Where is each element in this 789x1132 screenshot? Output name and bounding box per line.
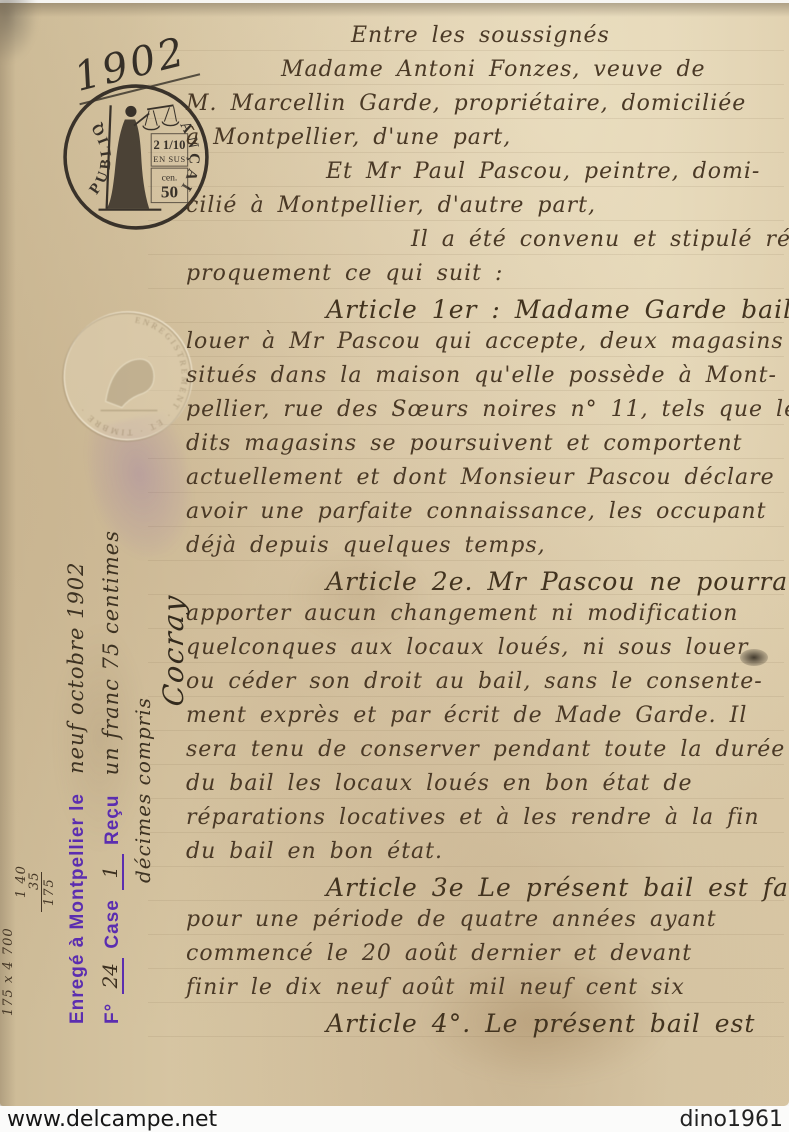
folio-label: F° — [102, 1003, 123, 1024]
tax-calc-line: 175 x 4 700 — [2, 408, 15, 1016]
handwritten-line: du bail en bon état. — [186, 839, 786, 873]
registration-margin: 175 x 4 7001 4035175 Enregé à Montpellie… — [2, 408, 172, 1088]
paper-sheet: 1902 RÉPUBLIQUE FRANÇAISE — [0, 3, 789, 1106]
handwritten-line: finir le dix neuf août mil neuf cent six — [186, 975, 786, 1009]
handwritten-line: à Montpellier, d'une part, — [186, 125, 786, 159]
handwritten-line: actuellement et dont Monsieur Pascou déc… — [186, 465, 786, 499]
registration-date-hand: neuf octobre 1902 — [64, 561, 88, 773]
watermark-seller: dino1961 — [680, 1107, 783, 1132]
handwritten-line: ment exprès et par écrit de Made Garde. … — [186, 703, 786, 737]
registrar-signature-row: Cocray — [157, 408, 190, 1088]
tax-calc-line: 35 — [28, 408, 41, 890]
handwritten-line: Et Mr Paul Pascou, peintre, domi- — [186, 159, 786, 193]
decimes-line: décimes compris — [131, 408, 155, 1088]
stamp-value-ensus: EN SUS — [153, 154, 185, 164]
tax-calc-line: 175 — [41, 872, 56, 912]
article-heading-line: Article 1er : Madame Garde baille à — [186, 295, 786, 329]
recu-label: Reçu — [102, 795, 123, 845]
amount-hand: un franc 75 centimes — [99, 530, 123, 775]
margin-calc: 175 x 4 7001 4035175 — [2, 408, 57, 1088]
article-heading-line: Article 3e Le présent bail est fait — [186, 873, 786, 907]
handwritten-line: dits magasins se poursuivent et comporte… — [186, 431, 786, 465]
handwritten-line: avoir une parfaite connaissance, les occ… — [186, 499, 786, 533]
registration-stamp-text: Enregé à Montpellier le — [67, 793, 88, 1024]
handwritten-line: quelconques aux locaux loués, ni sous lo… — [186, 635, 786, 669]
handwritten-line: réparations locatives et à les rendre à … — [186, 805, 786, 839]
handwritten-line: commencé le 20 août dernier et devant — [186, 941, 786, 975]
watermark-site: www.delcampe.net — [7, 1107, 217, 1132]
handwritten-line: cilié à Montpellier, d'autre part, — [186, 193, 786, 227]
article-heading-line: Article 4°. Le présent bail est — [186, 1009, 786, 1043]
handwritten-line: ou céder son droit au bail, sans le cons… — [186, 669, 786, 703]
document-lines: Entre les soussignésMadame Antoni Fonzes… — [186, 23, 786, 1043]
stamp-value-amount: 2 1/10 — [153, 138, 185, 152]
handwritten-line: du bail les locaux loués en bon état de — [186, 771, 786, 805]
handwritten-line: Madame Antoni Fonzes, veuve de — [186, 57, 786, 91]
scanned-document: 1902 RÉPUBLIQUE FRANÇAISE — [0, 0, 789, 1132]
stamp-value-50: 50 — [161, 183, 178, 202]
article-heading-line: Article 2e. Mr Pascou ne pourra — [186, 567, 786, 601]
handwritten-line: apporter aucun changement ni modificatio… — [186, 601, 786, 635]
stamp-value-block: 2 1/10 EN SUS cen. 50 — [151, 134, 187, 203]
registration-line1: Enregé à Montpellier le neuf octobre 190… — [64, 408, 92, 1088]
handwritten-line: déjà depuis quelques temps, — [186, 533, 786, 567]
handwritten-line: louer à Mr Pascou qui accepte, deux maga… — [186, 329, 786, 363]
handwritten-line: situés dans la maison qu'elle possède à … — [186, 363, 786, 397]
tax-calc-line: 1 40 — [15, 408, 28, 898]
handwritten-line: Entre les soussignés — [186, 23, 786, 57]
handwritten-line: pour une période de quatre années ayant — [186, 907, 786, 941]
watermark-strip: www.delcampe.net dino1961 — [0, 1106, 789, 1132]
handwritten-line: pellier, rue des Sœurs noires n° 11, tel… — [186, 397, 786, 431]
folio-value: 24 — [98, 958, 124, 994]
handwritten-line: M. Marcellin Garde, propriétaire, domici… — [186, 91, 786, 125]
case-value: 1 — [98, 854, 124, 890]
handwritten-line: proquement ce qui suit : — [186, 261, 786, 295]
registrar-signature: Cocray — [157, 592, 190, 708]
handwritten-line: Il a été convenu et stipulé réci- — [186, 227, 786, 261]
paper-top-shadow — [0, 3, 789, 17]
case-label: Case — [102, 899, 123, 948]
handwritten-line: sera tenu de conserver pendant toute la … — [186, 737, 786, 771]
registration-line2: F° 24 Case 1 Reçu un franc 75 centimes — [99, 408, 127, 1088]
